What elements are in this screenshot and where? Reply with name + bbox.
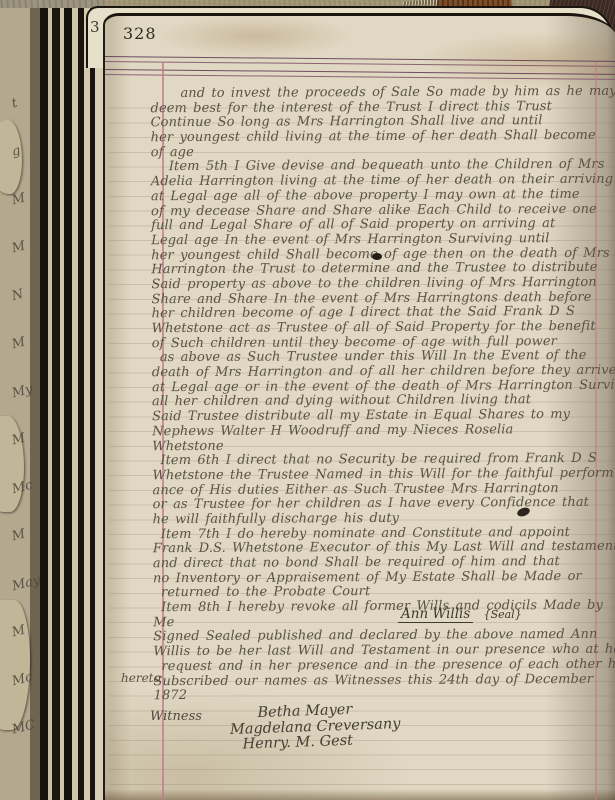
ink-blot [372,253,382,260]
manuscript-line: no Inventory or Appraisement of My Estat… [153,569,609,586]
ledger-page: 328 and to invest the proceeds of Sale S… [103,13,615,800]
seal-mark: {Seal} [484,608,522,621]
handwriting-fragment: MC [11,717,37,737]
handwriting-fragment: M [10,431,27,449]
scanned-will-book-photo: tgMMNMMyMMcMMayMMcMC 3 328 and to invest… [0,0,615,800]
witness-signature: Henry. M. Gest [230,732,401,753]
signature-name: Ann Willis [398,606,473,623]
handwriting-fragments-column: tgMMNMMyMMcMMayMMcMC [10,96,40,796]
manuscript-line: Item 8th I hereby revoke all former Will… [153,599,609,616]
handwriting-fragment: g [10,143,22,160]
header-ruled-line [105,56,615,67]
handwriting-fragment: M [10,239,27,257]
handwriting-fragment: M [10,527,27,545]
page-number: 328 [123,24,157,43]
handwriting-fragment: Mc [10,670,34,690]
adjacent-page-number-fragment: 3 [90,18,100,36]
manuscript-line: Subscribed our names as Witnesses this 2… [153,672,609,689]
handwriting-fragment: M [10,191,27,209]
handwriting-fragment: M [10,623,27,641]
handwriting-fragment: M [10,335,27,353]
handwriting-fragment: N [10,287,25,304]
handwriting-fragment: t [10,96,19,112]
handwriting-fragment: Mc [10,478,34,498]
witness-signatures: Betha MayerMagdelana CreversanyHenry. M.… [229,701,401,753]
handwriting-fragment: My [10,382,34,402]
witness-label: Witness [150,709,202,724]
margin-note: hereto [121,671,161,685]
left-page-edge-stack: tgMMNMMyMMcMMayMMcMC [0,8,114,800]
header-ruled-line [105,69,615,80]
manuscript-lines: and to invest the proceeds of Sale So ma… [150,85,609,704]
testator-signature: Ann Willis {Seal} [398,606,522,622]
handwriting-fragment: May [11,573,42,594]
manuscript-line: her youngest child living at the time of… [151,129,607,146]
